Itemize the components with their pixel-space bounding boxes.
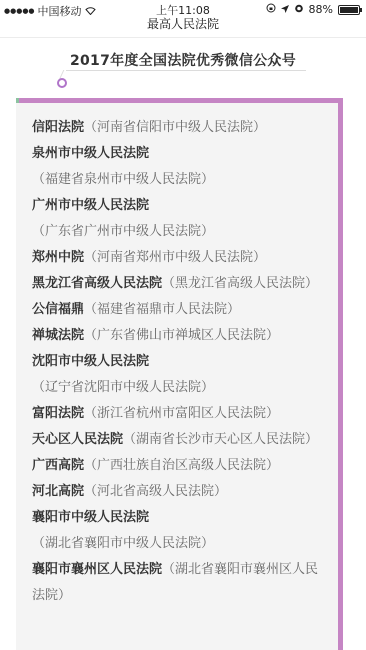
court-full-name: （浙江省杭州市富阳区人民法院） (84, 406, 279, 421)
court-list-card: 信阳法院（河南省信阳市中级人民法院） 泉州市中级人民法院（福建省泉州市中级人民法… (16, 98, 343, 650)
list-item: 富阳法院（浙江省杭州市富阳区人民法院） (32, 401, 328, 427)
court-full-name: （广东省广州市中级人民法院） (32, 224, 214, 239)
list-item: 郑州中院（河南省郑州市中级人民法院） (32, 245, 328, 271)
status-right: 88% (266, 3, 360, 16)
battery-icon (338, 5, 360, 15)
account-name: 河北高院 (32, 484, 84, 499)
account-name: 郑州中院 (32, 250, 84, 265)
court-full-name: （广东省佛山市禅城区人民法院） (84, 328, 279, 343)
court-full-name: （黑龙江省高级人民法院） (162, 276, 318, 291)
court-full-name: （河北省高级人民法院） (84, 484, 227, 499)
list-item: 泉州市中级人民法院（福建省泉州市中级人民法院） (32, 141, 328, 193)
court-full-name: （广西壮族自治区高级人民法院） (84, 458, 279, 473)
account-name: 信阳法院 (32, 120, 84, 135)
status-bar: ●●●●● 中国移动 上午11:08 88% (0, 0, 366, 17)
page-title: 最高人民法院 (147, 17, 219, 31)
account-name: 广州市中级人民法院 (32, 198, 149, 213)
account-name: 襄阳市中级人民法院 (32, 510, 149, 525)
list-item: 广州市中级人民法院（广东省广州市中级人民法院） (32, 193, 328, 245)
article-heading: 2017年度全国法院优秀微信公众号 (0, 50, 366, 70)
court-full-name: （湖南省长沙市天心区人民法院） (123, 432, 318, 447)
list-item: 襄阳市中级人民法院（湖北省襄阳市中级人民法院） (32, 505, 328, 557)
list-item: 禅城法院（广东省佛山市禅城区人民法院） (32, 323, 328, 349)
account-name: 禅城法院 (32, 328, 84, 343)
list-item: 河北高院（河北省高级人民法院） (32, 479, 328, 505)
decorative-dot-icon (57, 78, 67, 88)
court-list: 信阳法院（河南省信阳市中级人民法院） 泉州市中级人民法院（福建省泉州市中级人民法… (16, 103, 338, 609)
alarm-icon (294, 3, 304, 16)
location-icon (281, 3, 289, 16)
list-item: 公信福鼎（福建省福鼎市人民法院） (32, 297, 328, 323)
account-name: 泉州市中级人民法院 (32, 146, 149, 161)
article-heading-block: 2017年度全国法院优秀微信公众号 (0, 38, 366, 98)
account-name: 黑龙江省高级人民法院 (32, 276, 162, 291)
account-name: 广西高院 (32, 458, 84, 473)
list-item: 沈阳市中级人民法院（辽宁省沈阳市中级人民法院） (32, 349, 328, 401)
court-full-name: （湖北省襄阳市中级人民法院） (32, 536, 214, 551)
list-item: 信阳法院（河南省信阳市中级人民法院） (32, 115, 328, 141)
page-title-bar: 最高人民法院 (0, 17, 366, 38)
court-full-name: （河南省信阳市中级人民法院） (84, 120, 266, 135)
list-item: 黑龙江省高级人民法院（黑龙江省高级人民法院） (32, 271, 328, 297)
court-full-name: （辽宁省沈阳市中级人民法院） (32, 380, 214, 395)
list-item: 襄阳市襄州区人民法院（湖北省襄阳市襄州区人民法院） (32, 557, 328, 609)
rotation-lock-icon (266, 3, 276, 16)
card-corner-accent (16, 98, 19, 103)
account-name: 公信福鼎 (32, 302, 84, 317)
account-name: 富阳法院 (32, 406, 84, 421)
battery-percent: 88% (309, 3, 333, 16)
account-name: 沈阳市中级人民法院 (32, 354, 149, 369)
list-item: 广西高院（广西壮族自治区高级人民法院） (32, 453, 328, 479)
court-full-name: （河南省郑州市中级人民法院） (84, 250, 266, 265)
court-full-name: （福建省泉州市中级人民法院） (32, 172, 214, 187)
court-full-name: （福建省福鼎市人民法院） (84, 302, 240, 317)
heading-underline (66, 70, 306, 71)
list-item: 天心区人民法院（湖南省长沙市天心区人民法院） (32, 427, 328, 453)
account-name: 襄阳市襄州区人民法院 (32, 562, 162, 577)
account-name: 天心区人民法院 (32, 432, 123, 447)
